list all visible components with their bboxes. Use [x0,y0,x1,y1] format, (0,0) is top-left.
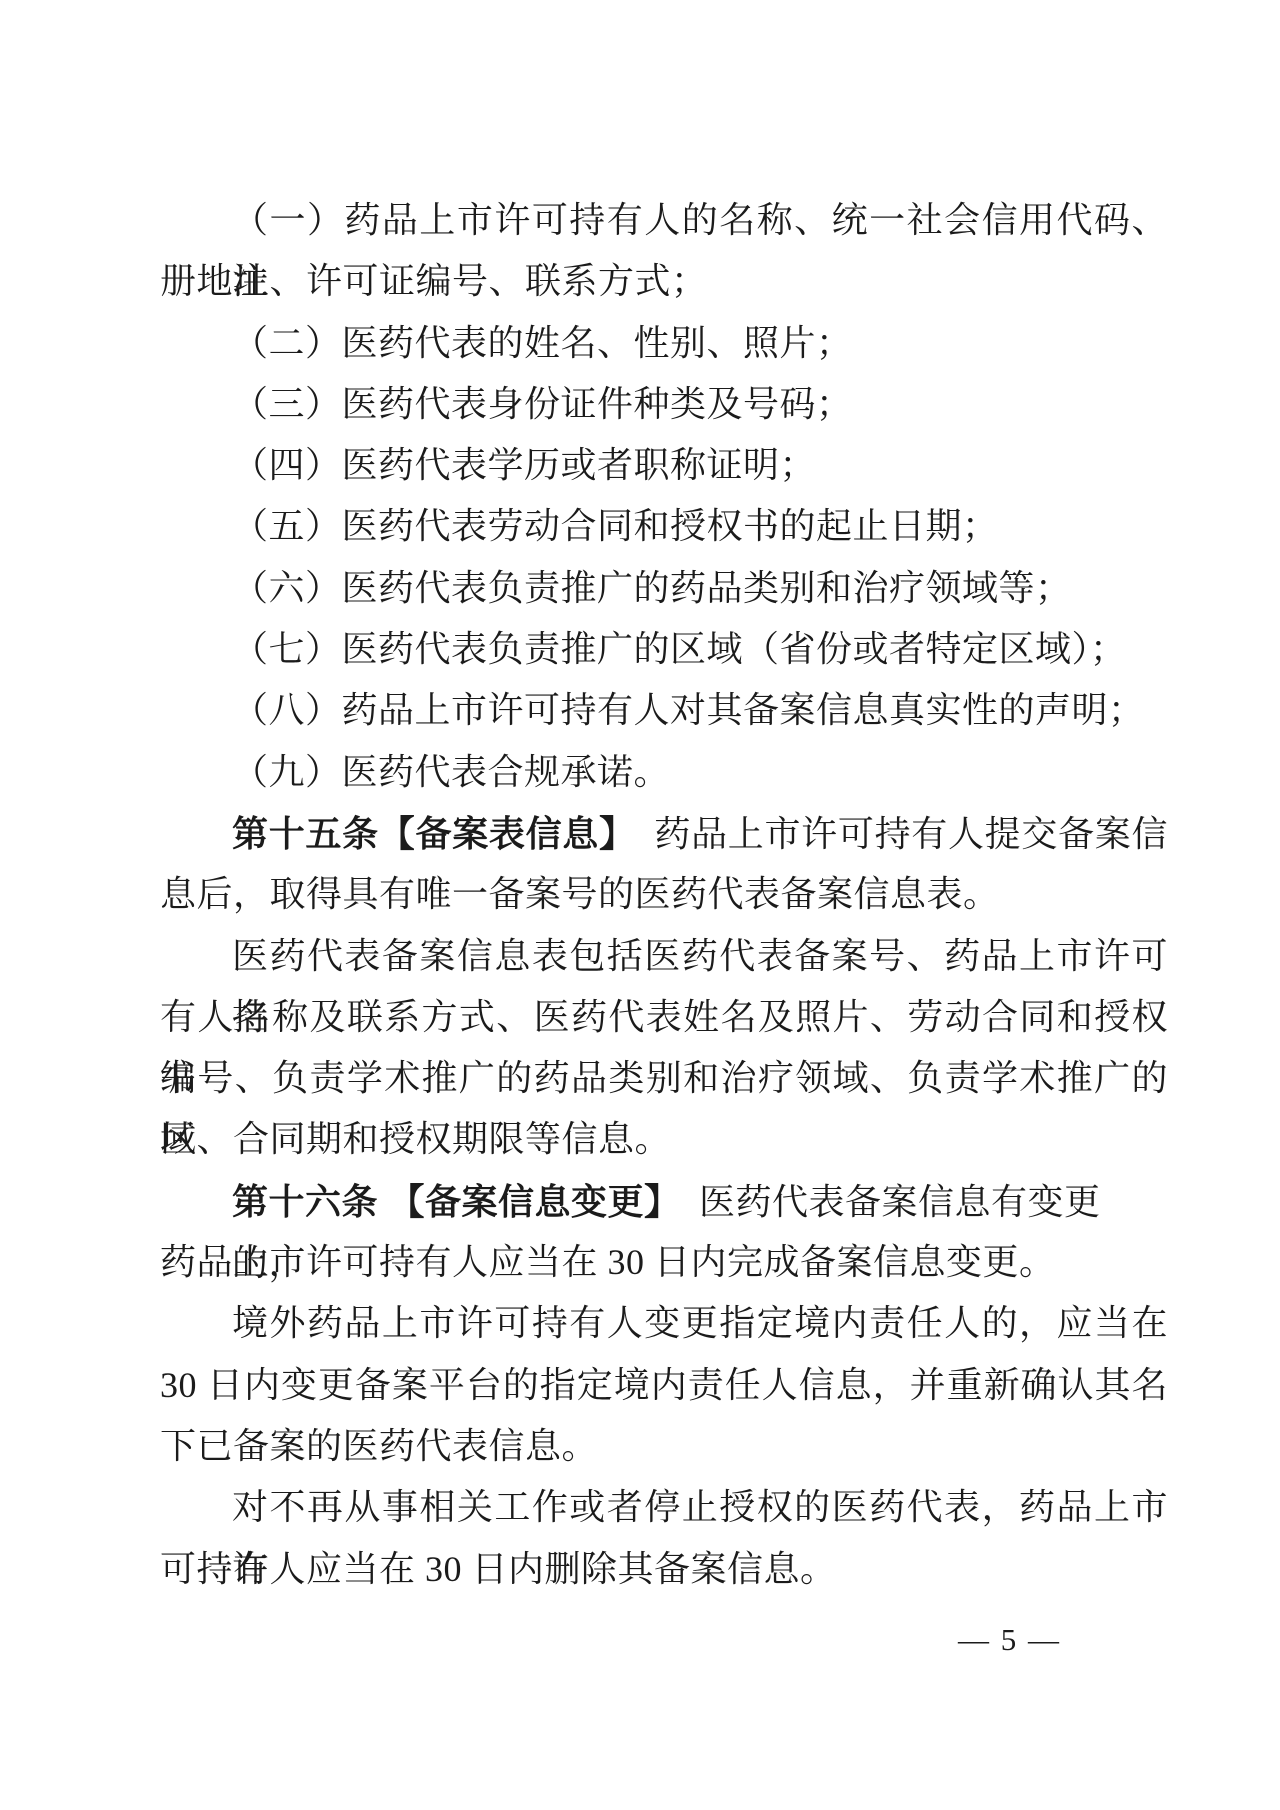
text-run: 可持有人应当在 30 日内删除其备案信息。 [160,1549,837,1589]
document-text-block: （一）药品上市许可持有人的名称、统一社会信用代码、注册地址、许可证编号、联系方式… [160,190,1168,1600]
text-line: 医药代表备案信息表包括医药代表备案号、药品上市许可持 [160,926,1168,987]
text-line: （九）医药代表合规承诺。 [160,742,1168,803]
text-line: （五）医药代表劳动合同和授权书的起止日期； [160,496,1168,557]
text-run: 下已备案的医药代表信息。 [160,1426,598,1466]
text-line: 可持有人应当在 30 日内删除其备案信息。 [160,1539,1168,1600]
text-run: 30 日内变更备案平台的指定境内责任人信息，并重新确认其名 [160,1365,1168,1405]
text-line: 有人名称及联系方式、医药代表姓名及照片、劳动合同和授权书 [160,987,1168,1048]
document-page: （一）药品上市许可持有人的名称、统一社会信用代码、注册地址、许可证编号、联系方式… [0,0,1280,1810]
text-run: 药品上市许可持有人应当在 30 日内完成备案信息变更。 [160,1242,1056,1282]
text-line: 息后，取得具有唯一备案号的医药代表备案信息表。 [160,864,1168,925]
text-line: 境外药品上市许可持有人变更指定境内责任人的，应当在 [160,1293,1168,1354]
text-line: 册地址、许可证编号、联系方式； [160,251,1168,312]
text-line: （三）医药代表身份证件种类及号码； [160,374,1168,435]
text-line: 第十五条【备案表信息】 药品上市许可持有人提交备案信 [160,803,1168,864]
text-line: （四）医药代表学历或者职称证明； [160,435,1168,496]
text-run: （七）医药代表负责推广的区域（省份或者特定区域）； [232,629,1127,669]
text-line: 下已备案的医药代表信息。 [160,1416,1168,1477]
text-run: 药品上市许可持有人提交备案信 [618,814,1168,854]
text-line: 编号、负责学术推广的药品类别和治疗领域、负责学术推广的区 [160,1048,1168,1109]
text-line: （二）医药代表的姓名、性别、照片； [160,313,1168,374]
text-run: （九）医药代表合规承诺。 [232,752,670,792]
text-line: 第十六条 【备案信息变更】 医药代表备案信息有变更的， [160,1171,1168,1232]
text-run: （八）药品上市许可持有人对其备案信息真实性的声明； [232,690,1145,730]
text-line: 30 日内变更备案平台的指定境内责任人信息，并重新确认其名 [160,1355,1168,1416]
text-line: 对不再从事相关工作或者停止授权的医药代表，药品上市许 [160,1477,1168,1538]
text-run: 境外药品上市许可持有人变更指定境内责任人的，应当在 [232,1303,1168,1343]
article-heading-run: 第十五条【备案表信息】 [232,813,618,854]
text-run: （三）医药代表身份证件种类及号码； [232,384,853,424]
text-run: （二）医药代表的姓名、性别、照片； [232,323,853,363]
text-line: 药品上市许可持有人应当在 30 日内完成备案信息变更。 [160,1232,1168,1293]
text-run: 域、合同期和授权期限等信息。 [160,1119,671,1159]
text-line: （七）医药代表负责推广的区域（省份或者特定区域）； [160,619,1168,680]
text-line: 域、合同期和授权期限等信息。 [160,1109,1168,1170]
text-run: （四）医药代表学历或者职称证明； [232,445,816,485]
text-run: （六）医药代表负责推广的药品类别和治疗领域等； [232,568,1072,608]
text-line: （一）药品上市许可持有人的名称、统一社会信用代码、注 [160,190,1168,251]
article-heading-run: 第十六条 【备案信息变更】 [232,1181,663,1222]
text-run: 息后，取得具有唯一备案号的医药代表备案信息表。 [160,874,1000,914]
text-run: （五）医药代表劳动合同和授权书的起止日期； [232,506,999,546]
text-line: （八）药品上市许可持有人对其备案信息真实性的声明； [160,680,1168,741]
text-run: 册地址、许可证编号、联系方式； [160,261,708,301]
page-number: — 5 — [958,1620,1108,1660]
text-line: （六）医药代表负责推广的药品类别和治疗领域等； [160,558,1168,619]
